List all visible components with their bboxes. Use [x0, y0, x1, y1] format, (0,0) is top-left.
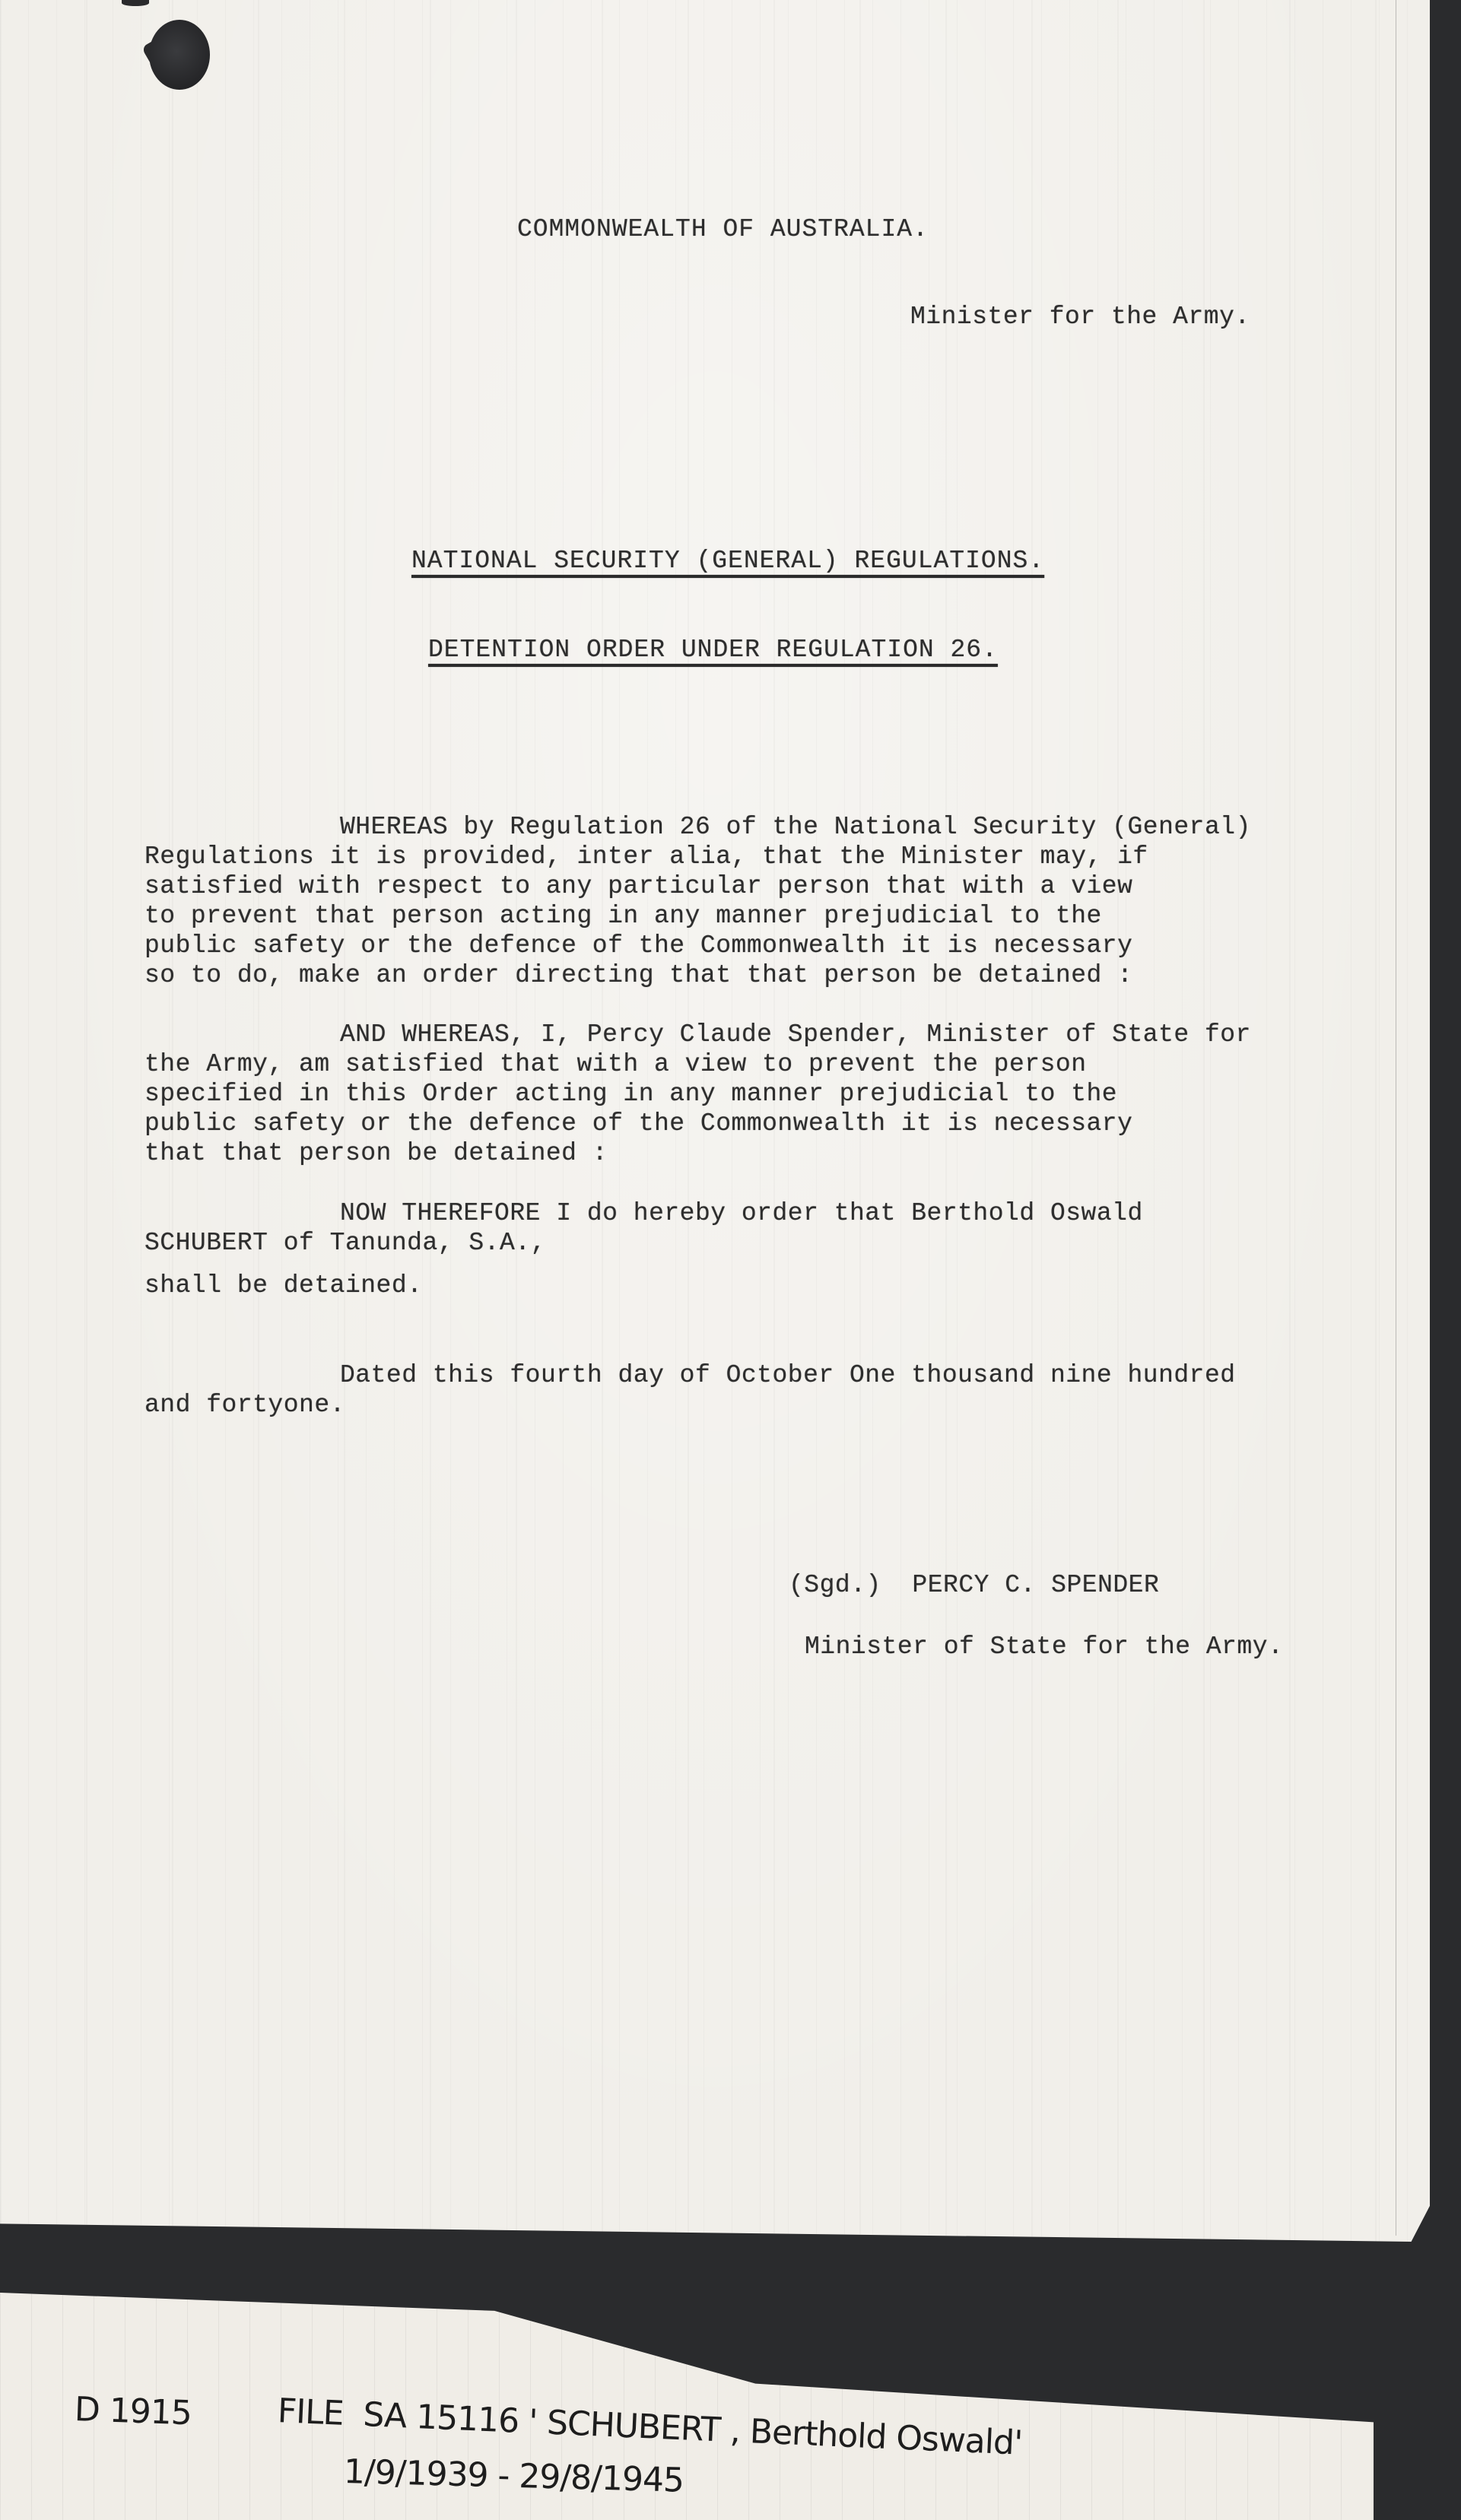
paragraph-line: AND WHEREAS, I, Percy Claude Spender, Mi…	[340, 1020, 1251, 1049]
header-org: COMMONWEALTH OF AUSTRALIA.	[517, 214, 929, 244]
header-office: Minister for the Army.	[910, 302, 1250, 332]
paragraph-line: NOW THEREFORE I do hereby order that Ber…	[340, 1198, 1143, 1228]
paragraph-line: public safety or the defence of the Comm…	[145, 931, 1132, 960]
paragraph-line: satisfied with respect to any particular…	[145, 871, 1132, 901]
typed-order-sheet: COMMONWEALTH OF AUSTRALIA. Minister for …	[0, 0, 1430, 2242]
detained-clause: shall be detained.	[145, 1271, 422, 1300]
signatory-title: Minister of State for the Army.	[805, 1632, 1283, 1661]
scanned-document: COMMONWEALTH OF AUSTRALIA. Minister for …	[0, 0, 1461, 2520]
paragraph-line: to prevent that person acting in any man…	[145, 901, 1102, 931]
paragraph-line: and fortyone.	[145, 1390, 345, 1420]
title-order: DETENTION ORDER UNDER REGULATION 26.	[428, 635, 998, 665]
punch-hole-icon	[122, 0, 149, 6]
paragraph-line: that that person be detained :	[145, 1138, 608, 1168]
archive-ref: D 1915	[74, 2390, 192, 2433]
paragraph-line: so to do, make an order directing that t…	[145, 960, 1132, 990]
paragraph-line: Regulations it is provided, inter alia, …	[145, 842, 1148, 871]
archive-label-card: D 1915 FILE SA 15116 ' SCHUBERT , Bertho…	[0, 2293, 1374, 2520]
archive-date-range: 1/9/1939 - 29/8/1945	[343, 2452, 684, 2500]
punch-hole-icon	[149, 20, 210, 90]
signature-line: (Sgd.) PERCY C. SPENDER	[789, 1570, 1159, 1600]
paragraph-line: WHEREAS by Regulation 26 of the National…	[340, 812, 1251, 842]
paragraph-line: public safety or the defence of the Comm…	[145, 1109, 1132, 1138]
paragraph-line: Dated this fourth day of October One tho…	[340, 1360, 1236, 1390]
paragraph-line: SCHUBERT of Tanunda, S.A.,	[145, 1228, 546, 1258]
archive-file-title: FILE SA 15116 ' SCHUBERT , Berthold Oswa…	[277, 2391, 1023, 2463]
sheet-fold-line	[1396, 0, 1396, 2236]
paragraph-line: specified in this Order acting in any ma…	[145, 1079, 1117, 1109]
paragraph-line: the Army, am satisfied that with a view …	[145, 1049, 1087, 1079]
title-act: NATIONAL SECURITY (GENERAL) REGULATIONS.	[411, 546, 1044, 576]
